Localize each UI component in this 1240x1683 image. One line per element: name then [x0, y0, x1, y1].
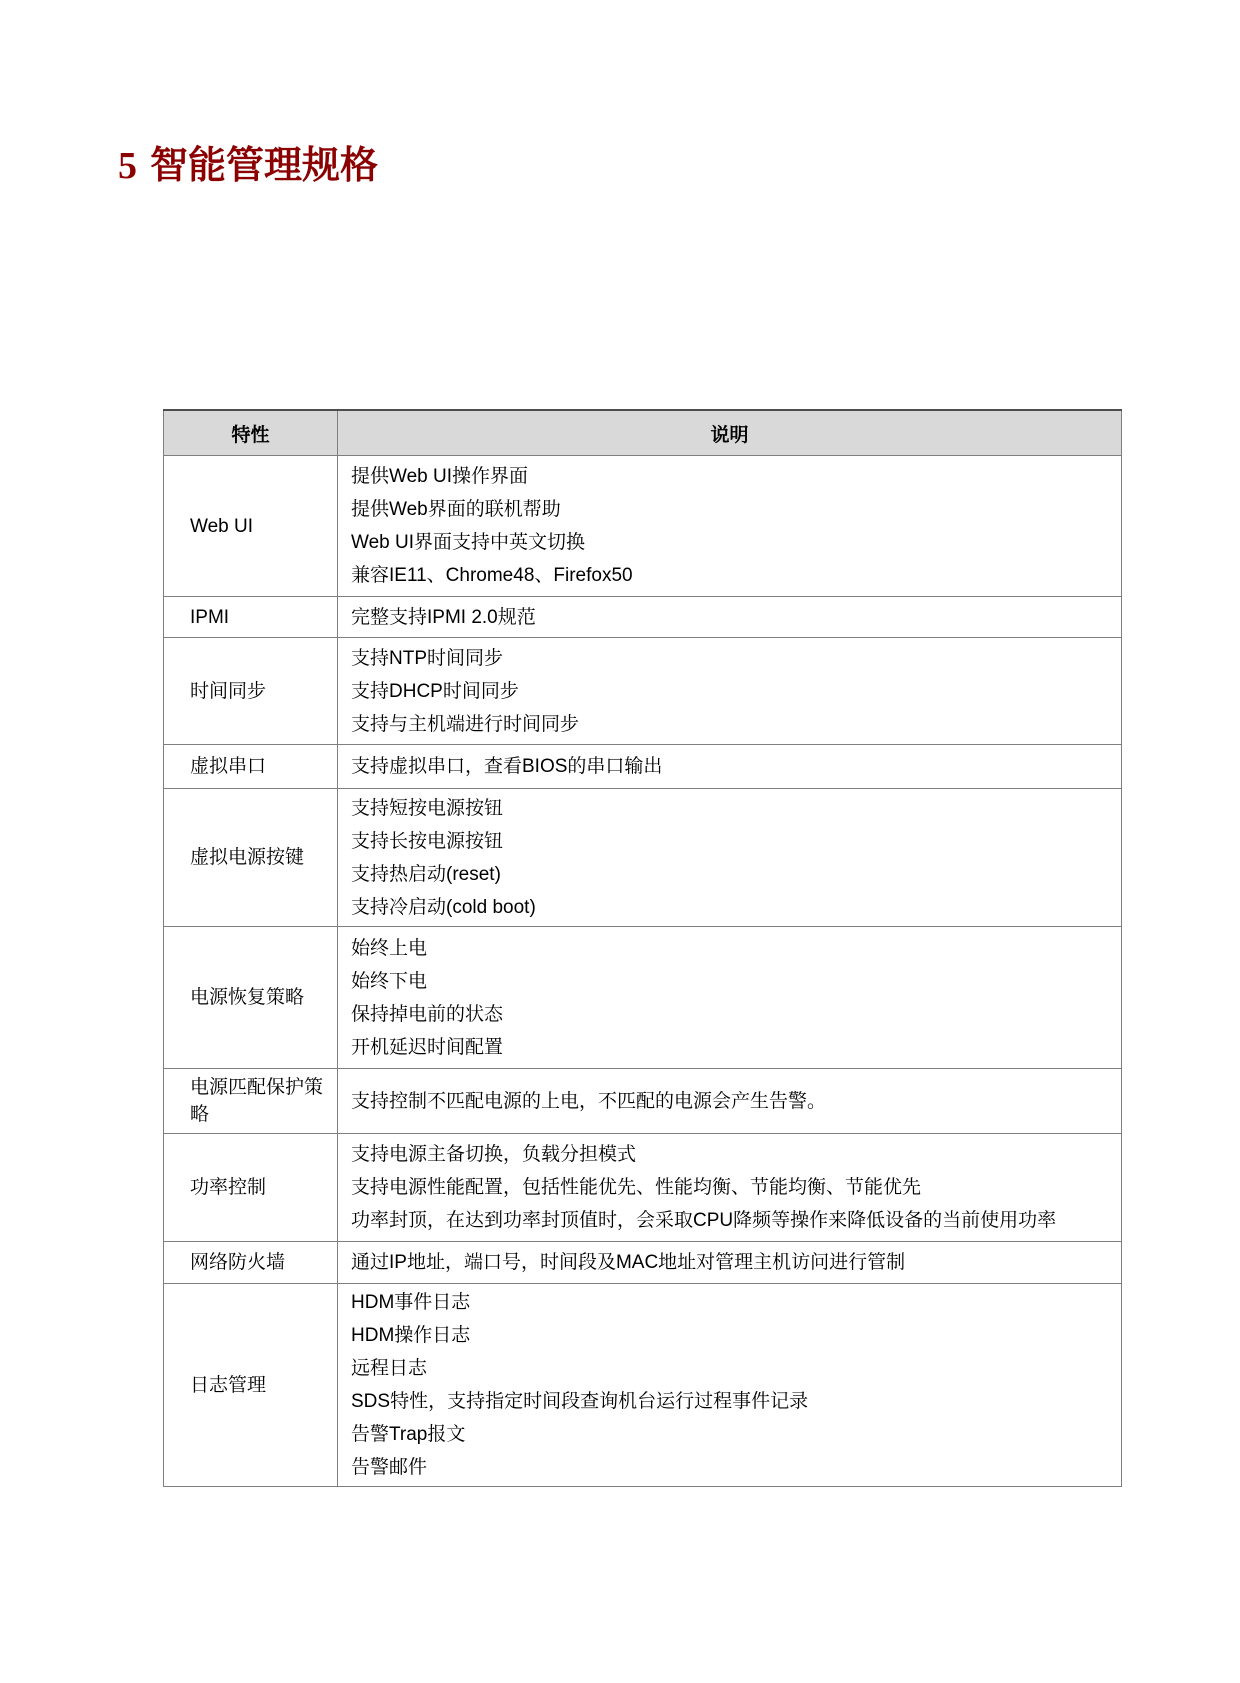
description-cell: 支持虚拟串口，查看BIOS的串口输出: [338, 745, 1122, 789]
description-cell: 支持短按电源按钮支持长按电源按钮支持热启动(reset)支持冷启动(cold b…: [338, 789, 1122, 927]
description-column-header: 说明: [338, 410, 1122, 456]
description-cell: 支持电源主备切换，负载分担模式支持电源性能配置，包括性能优先、性能均衡、节能均衡…: [338, 1134, 1122, 1242]
description-line: 提供Web UI操作界面: [351, 460, 1117, 493]
feature-cell: IPMI: [164, 597, 338, 638]
description-line: 支持DHCP时间同步: [351, 675, 1117, 708]
description-cell: 支持NTP时间同步支持DHCP时间同步支持与主机端进行时间同步: [338, 638, 1122, 745]
description-line: 保持掉电前的状态: [351, 998, 1117, 1031]
page-title: 5智能管理规格: [118, 143, 378, 189]
description-line: HDM事件日志: [351, 1286, 1117, 1319]
table-row: 电源恢复策略始终上电始终下电保持掉电前的状态开机延迟时间配置: [164, 927, 1122, 1069]
description-line: 开机延迟时间配置: [351, 1031, 1117, 1064]
table-row: IPMI完整支持IPMI 2.0规范: [164, 597, 1122, 638]
feature-cell: Web UI: [164, 456, 338, 597]
table-row: 电源匹配保护策略支持控制不匹配电源的上电，不匹配的电源会产生告警。: [164, 1069, 1122, 1134]
feature-cell: 电源匹配保护策略: [164, 1069, 338, 1134]
management-spec-table: 特性 说明 Web UI提供Web UI操作界面提供Web界面的联机帮助Web …: [163, 409, 1122, 1487]
description-line: 支持电源性能配置，包括性能优先、性能均衡、节能均衡、节能优先: [351, 1171, 1117, 1204]
description-line: 通过IP地址，端口号，时间段及MAC地址对管理主机访问进行管制: [351, 1246, 1117, 1279]
description-line: 支持与主机端进行时间同步: [351, 708, 1117, 741]
feature-cell: 网络防火墙: [164, 1242, 338, 1284]
description-cell: 提供Web UI操作界面提供Web界面的联机帮助Web UI界面支持中英文切换兼…: [338, 456, 1122, 597]
description-line: 支持虚拟串口，查看BIOS的串口输出: [351, 750, 1117, 783]
description-line: 支持冷启动(cold boot): [351, 891, 1117, 924]
feature-cell: 日志管理: [164, 1284, 338, 1487]
table-header-row: 特性 说明: [164, 410, 1122, 456]
description-line: 告警邮件: [351, 1451, 1117, 1484]
table-row: 虚拟电源按键支持短按电源按钮支持长按电源按钮支持热启动(reset)支持冷启动(…: [164, 789, 1122, 927]
table-row: 功率控制支持电源主备切换，负载分担模式支持电源性能配置，包括性能优先、性能均衡、…: [164, 1134, 1122, 1242]
description-cell: HDM事件日志HDM操作日志远程日志SDS特性，支持指定时间段查询机台运行过程事…: [338, 1284, 1122, 1487]
feature-cell: 虚拟串口: [164, 745, 338, 789]
feature-column-header: 特性: [164, 410, 338, 456]
table-row: 虚拟串口支持虚拟串口，查看BIOS的串口输出: [164, 745, 1122, 789]
description-line: 支持控制不匹配电源的上电，不匹配的电源会产生告警。: [351, 1085, 1117, 1118]
description-line: Web UI界面支持中英文切换: [351, 526, 1117, 559]
feature-cell: 功率控制: [164, 1134, 338, 1242]
description-line: 支持热启动(reset): [351, 858, 1117, 891]
feature-cell: 虚拟电源按键: [164, 789, 338, 927]
table-row: 时间同步支持NTP时间同步支持DHCP时间同步支持与主机端进行时间同步: [164, 638, 1122, 745]
description-cell: 始终上电始终下电保持掉电前的状态开机延迟时间配置: [338, 927, 1122, 1069]
description-line: SDS特性，支持指定时间段查询机台运行过程事件记录: [351, 1385, 1117, 1418]
description-line: 远程日志: [351, 1352, 1117, 1385]
chapter-number: 5: [118, 145, 137, 187]
description-line: 功率封顶，在达到功率封顶值时，会采取CPU降频等操作来降低设备的当前使用功率: [351, 1204, 1117, 1237]
feature-cell: 电源恢复策略: [164, 927, 338, 1069]
description-cell: 通过IP地址，端口号，时间段及MAC地址对管理主机访问进行管制: [338, 1242, 1122, 1284]
description-line: 始终下电: [351, 965, 1117, 998]
description-line: 始终上电: [351, 932, 1117, 965]
description-line: 支持短按电源按钮: [351, 792, 1117, 825]
table-row: Web UI提供Web UI操作界面提供Web界面的联机帮助Web UI界面支持…: [164, 456, 1122, 597]
description-line: HDM操作日志: [351, 1319, 1117, 1352]
description-line: 提供Web界面的联机帮助: [351, 493, 1117, 526]
description-line: 告警Trap报文: [351, 1418, 1117, 1451]
description-line: 支持NTP时间同步: [351, 642, 1117, 675]
description-line: 完整支持IPMI 2.0规范: [351, 601, 1117, 634]
description-cell: 完整支持IPMI 2.0规范: [338, 597, 1122, 638]
chapter-title-text: 智能管理规格: [150, 145, 378, 187]
description-line: 支持长按电源按钮: [351, 825, 1117, 858]
table-row: 网络防火墙通过IP地址，端口号，时间段及MAC地址对管理主机访问进行管制: [164, 1242, 1122, 1284]
description-cell: 支持控制不匹配电源的上电，不匹配的电源会产生告警。: [338, 1069, 1122, 1134]
description-line: 支持电源主备切换，负载分担模式: [351, 1138, 1117, 1171]
feature-cell: 时间同步: [164, 638, 338, 745]
table-row: 日志管理HDM事件日志HDM操作日志远程日志SDS特性，支持指定时间段查询机台运…: [164, 1284, 1122, 1487]
description-line: 兼容IE11、Chrome48、Firefox50: [351, 559, 1117, 592]
